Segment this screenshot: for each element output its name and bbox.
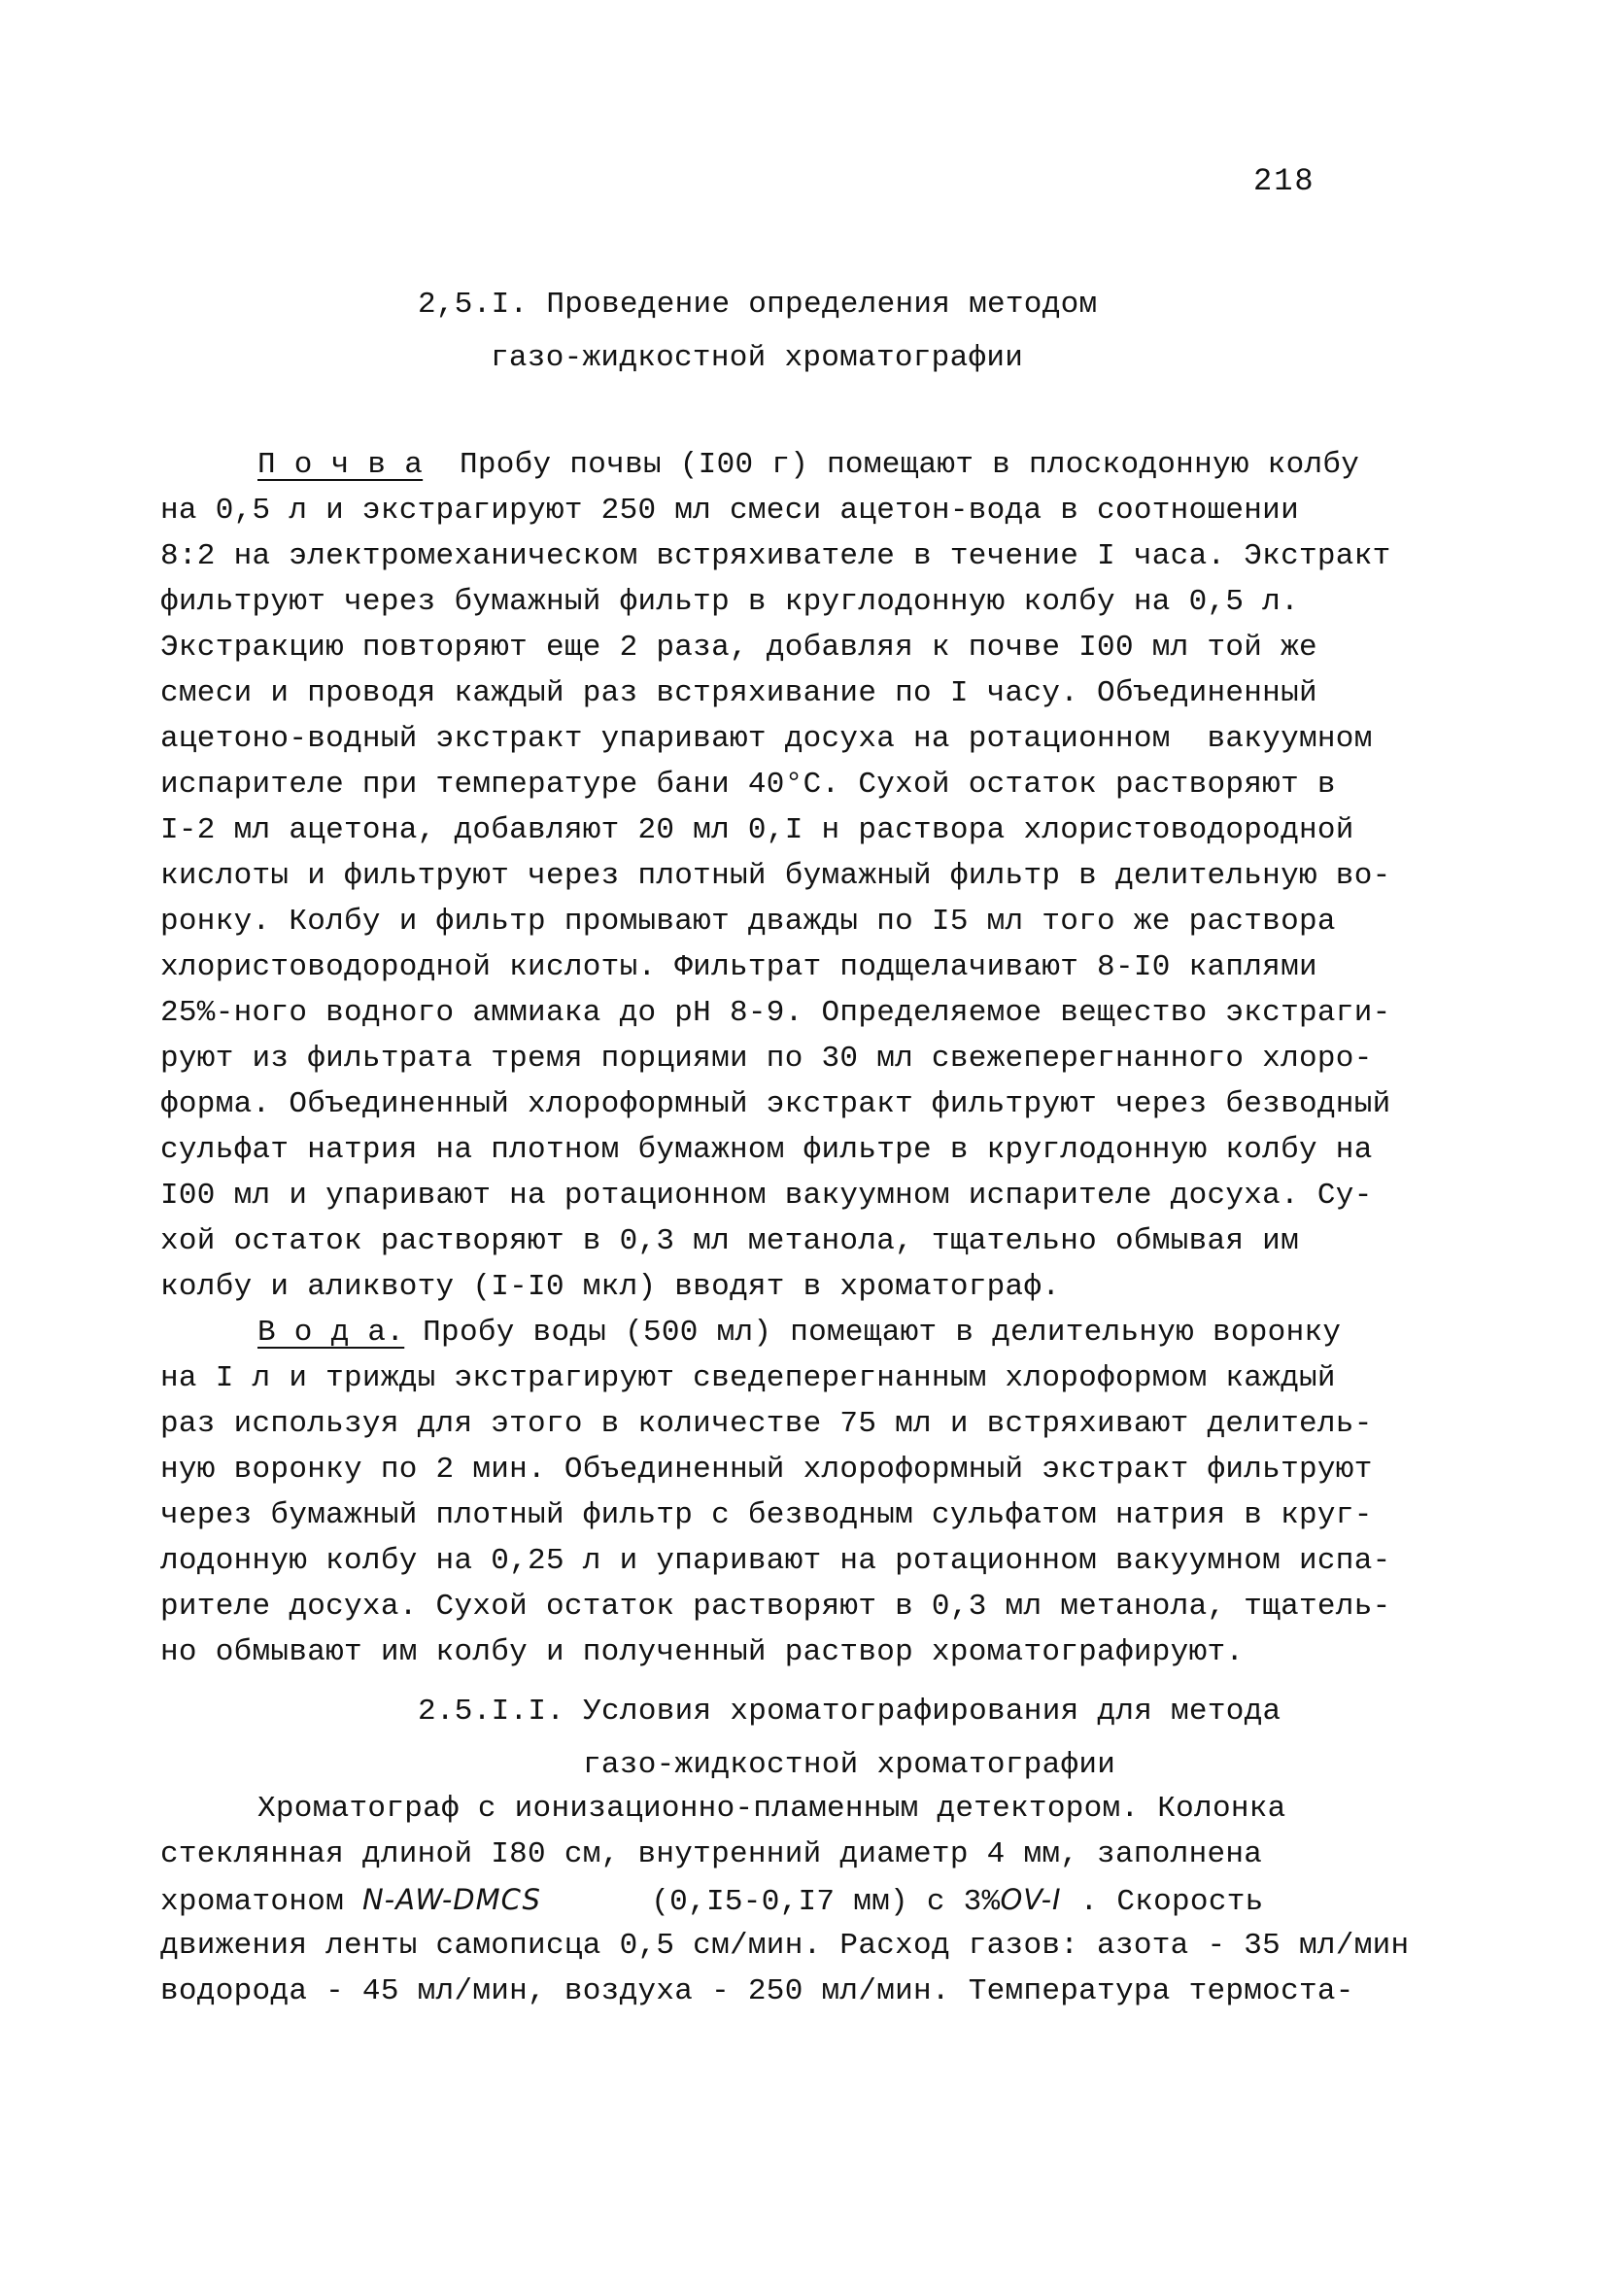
- paragraph-line: на I л и трижды экстрагируют сведеперегн…: [160, 1355, 1391, 1401]
- paragraph-line: хой остаток растворяют в 0,3 мл метанола…: [160, 1218, 1391, 1264]
- section-1-heading-line-1: 2,5.I. Проведение определения методом: [418, 288, 1097, 322]
- soil-subsection-label: П о ч в а: [257, 448, 423, 482]
- page-number: 218: [1253, 163, 1316, 199]
- body-text-block: П о ч в а Пробу почвы (I00 г) помещают в…: [160, 442, 1391, 1675]
- paragraph-text: Пробу почвы (I00 г) помещают в плоскодон…: [423, 448, 1359, 482]
- paragraph-text: (0,I5-0,I7 мм) с 3%: [541, 1885, 1001, 1919]
- scanned-document-page: 218 2,5.I. Проведение определения методо…: [0, 0, 1606, 2296]
- paragraph-line: движения ленты самописца 0,5 см/мин. Рас…: [160, 1923, 1409, 1969]
- paragraph-line: но обмывают им колбу и полученный раство…: [160, 1629, 1391, 1675]
- paragraph-line: В о д а. Пробу воды (500 мл) помещают в …: [160, 1310, 1391, 1355]
- paragraph-line: форма. Объединенный хлороформный экстрак…: [160, 1081, 1391, 1127]
- section-2-heading-line-1: 2.5.I.I. Условия хроматографирования для…: [418, 1695, 1281, 1729]
- paragraph-text: . Скорость: [1062, 1885, 1264, 1919]
- sorbent-name-handwritten: N-AW-DMCS: [362, 1883, 541, 1916]
- paragraph-line: 8:2 на электромеханическом встряхивателе…: [160, 533, 1391, 579]
- paragraph-line: 25%-ного водного аммиака до рН 8-9. Опре…: [160, 990, 1391, 1036]
- paragraph-line: лодонную колбу на 0,25 л и упаривают на …: [160, 1538, 1391, 1584]
- paragraph-line: I00 мл и упаривают на ротационном вакуум…: [160, 1173, 1391, 1218]
- paragraph-line: кислоты и фильтруют через плотный бумажн…: [160, 853, 1391, 899]
- paragraph-line: Хроматограф с ионизационно-пламенным дет…: [160, 1786, 1409, 1832]
- paragraph-line: руют из фильтрата тремя порциями по 30 м…: [160, 1036, 1391, 1081]
- paragraph-text: хроматоном: [160, 1885, 362, 1919]
- paragraph-line: ронку. Колбу и фильтр промывают дважды п…: [160, 899, 1391, 944]
- paragraph-line: водорода - 45 мл/мин, воздуха - 250 мл/м…: [160, 1969, 1409, 2014]
- paragraph-line: сульфат натрия на плотном бумажном фильт…: [160, 1127, 1391, 1173]
- section-2-heading-line-2: газо-жидкостной хроматографии: [583, 1748, 1115, 1782]
- paragraph-line: колбу и аликвоту (I-I0 мкл) вводят в хро…: [160, 1264, 1391, 1310]
- paragraph-line: смеси и проводя каждый раз встряхивание …: [160, 670, 1391, 716]
- water-subsection-label: В о д а.: [257, 1316, 404, 1350]
- paragraph-line: стеклянная длиной I80 см, внутренний диа…: [160, 1832, 1409, 1877]
- paragraph-line: I-2 мл ацетона, добавляют 20 мл 0,I н ра…: [160, 807, 1391, 853]
- paragraph-line: рителе досуха. Сухой остаток растворяют …: [160, 1584, 1391, 1629]
- paragraph-line: испарителе при температуре бани 40°С. Су…: [160, 762, 1391, 807]
- paragraph-line: Экстракцию повторяют еще 2 раза, добавля…: [160, 625, 1391, 670]
- paragraph-text: Пробу воды (500 мл) помещают в делительн…: [404, 1316, 1341, 1350]
- paragraph-line: через бумажный плотный фильтр с безводны…: [160, 1492, 1391, 1538]
- paragraph-line: хроматоном N-AW-DMCS (0,I5-0,I7 мм) с 3%…: [160, 1877, 1409, 1923]
- section-1-heading-line-2: газо-жидкостной хроматографии: [491, 341, 1023, 375]
- paragraph-line: хлористоводородной кислоты. Фильтрат под…: [160, 944, 1391, 990]
- stationary-phase-name-handwritten: OV-I: [1000, 1883, 1061, 1916]
- chromatograph-conditions-block: Хроматограф с ионизационно-пламенным дет…: [160, 1786, 1409, 2014]
- paragraph-line: ную воронку по 2 мин. Объединенный хлоро…: [160, 1447, 1391, 1492]
- paragraph-line: раз используя для этого в количестве 75 …: [160, 1401, 1391, 1447]
- paragraph-line: на 0,5 л и экстрагируют 250 мл смеси аце…: [160, 488, 1391, 533]
- paragraph-text: Хроматограф с ионизационно-пламенным дет…: [257, 1792, 1286, 1826]
- paragraph-line: П о ч в а Пробу почвы (I00 г) помещают в…: [160, 442, 1391, 488]
- paragraph-line: ацетоно-водный экстракт упаривают досуха…: [160, 716, 1391, 762]
- paragraph-line: фильтруют через бумажный фильтр в кругло…: [160, 579, 1391, 625]
